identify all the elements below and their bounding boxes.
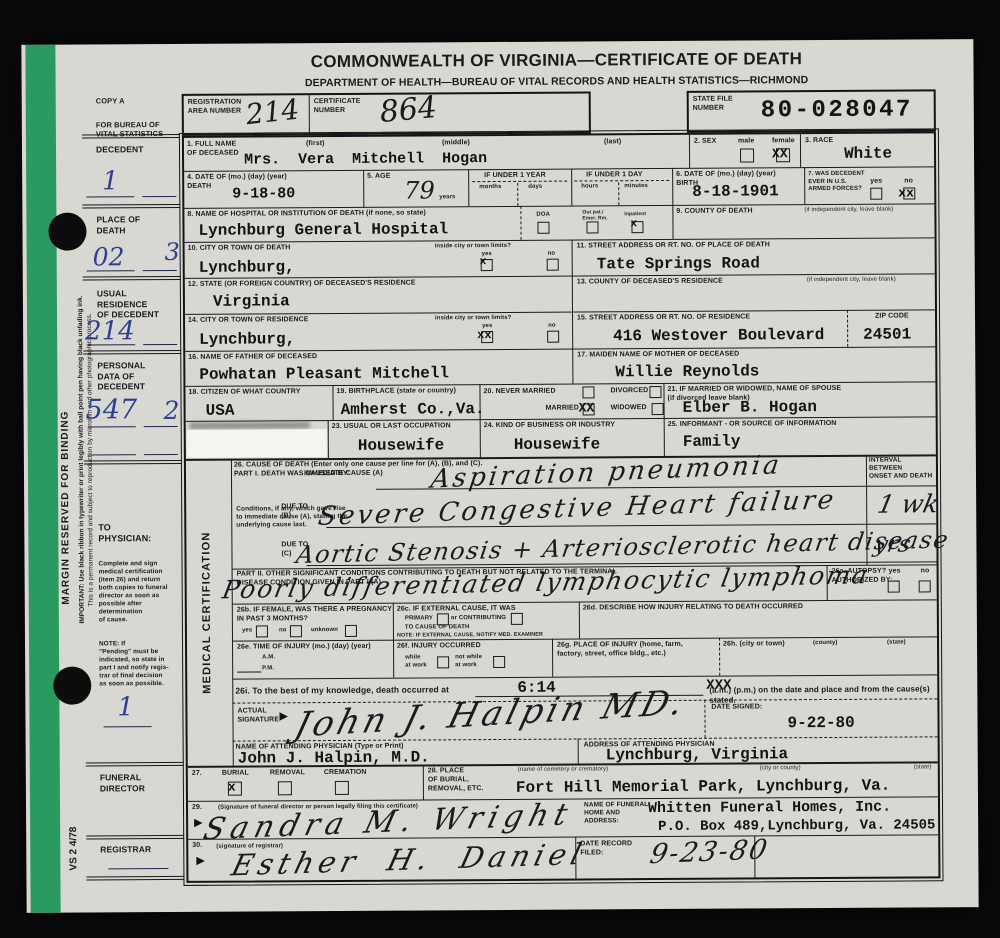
- line: [363, 170, 364, 207]
- field-13-hint: (if independent city, leave blank): [807, 277, 896, 285]
- field-30-label: 30.: [192, 842, 202, 851]
- married-mark: XX: [579, 400, 595, 415]
- county-label: (county): [813, 640, 838, 648]
- field-3-label: 3. RACE: [805, 137, 833, 146]
- field-1-middle: (middle): [442, 139, 470, 148]
- informant-value: Family: [683, 433, 741, 451]
- funeral-signature-arrow-icon: ▶: [194, 816, 203, 829]
- redaction-box: [187, 429, 327, 458]
- outpatient-checkbox: [586, 221, 598, 233]
- field-2-label: 2. SEX: [694, 138, 716, 147]
- interval-b-value: 1 wk: [875, 489, 941, 518]
- margin-personal-code1: 547: [85, 394, 137, 425]
- margin-rule: [86, 835, 184, 840]
- attending-physician-name: John J. Halpin, M.D.: [238, 748, 430, 767]
- field-26i-label: 26i. To the best of my knowledge, death …: [235, 684, 449, 696]
- funeral-home-address: P.O. Box 489,Lynchburg, Va. 24505: [658, 817, 935, 835]
- field-7-label: 7. WAS DECEDENT EVER IN U.S. ARMED FORCE…: [808, 171, 865, 194]
- margin-decedent-label: DECEDENT: [96, 144, 144, 155]
- certificate-number-label: CERTIFICATE NUMBER: [314, 98, 361, 116]
- field-26c-label: 26c. IF EXTERNAL CAUSE, IT WAS: [397, 605, 516, 614]
- line: [800, 134, 801, 167]
- actual-signature-label: ACTUAL SIGNATURE: [237, 707, 279, 725]
- date-of-birth: 8-18-1901: [692, 182, 779, 201]
- line: [231, 459, 234, 766]
- not-while-at-work-label: not while at work: [455, 654, 482, 669]
- residence-no-label: no: [548, 323, 556, 331]
- race-value: White: [844, 145, 892, 163]
- line: [578, 739, 579, 764]
- field-17-label: 17. MAIDEN NAME OF MOTHER OF DECEASED: [577, 351, 739, 361]
- contributing-label: or CONTRIBUTING: [451, 615, 506, 623]
- margin-place-code1: 02: [93, 242, 125, 271]
- line: [232, 674, 937, 679]
- line: [572, 312, 573, 349]
- code-line: [104, 726, 152, 727]
- field-25-label: 25. INFORMANT - OR SOURCE OF INFORMATION: [668, 420, 837, 430]
- field-14-label: 14. CITY OR TOWN OF RESIDENCE: [188, 316, 309, 325]
- field-26h-label: 26h. (city or town): [723, 640, 785, 649]
- line: [571, 169, 572, 206]
- margin-binding-text: MARGIN RESERVED FOR BINDING: [59, 340, 72, 675]
- under-1-day-minutes: minutes: [624, 183, 648, 191]
- autopsy-no-label: no: [921, 567, 930, 576]
- line: [332, 385, 333, 420]
- contributing-checkbox: [511, 613, 523, 625]
- city-death-no-checkbox: [547, 259, 559, 271]
- city-death-yes-mark: x: [480, 256, 487, 268]
- field-24-label: 24. KIND OF BUSINESS OR INDUSTRY: [484, 421, 615, 431]
- cemetery-sublabel: (name of cemetery or crematory): [518, 766, 609, 774]
- certificate-paper: MARGIN RESERVED FOR BINDING IMPORTANT: U…: [21, 39, 978, 913]
- spouse-name: Elber B. Hogan: [683, 398, 818, 417]
- age-value: 79: [404, 176, 435, 204]
- city-of-death: Lynchburg,: [199, 258, 295, 277]
- hospital-name: Lynchburg General Hospital: [198, 220, 448, 240]
- city-death-no-label: no: [548, 251, 556, 259]
- armed-forces-no-mark: xx: [898, 185, 914, 200]
- line: [579, 602, 580, 639]
- under-1-year-months: months: [479, 184, 501, 192]
- field-10-limits-label: inside city or town limits?: [435, 243, 511, 251]
- margin-rule: [82, 134, 180, 139]
- state-file-value: 80-028047: [761, 96, 913, 124]
- to-cause-label: TO CAUSE OF DEATH: [405, 624, 470, 632]
- line: [847, 310, 848, 347]
- funeral-home-label: NAME OF FUNERAL HOME AND ADDRESS:: [584, 801, 648, 826]
- field-29-label: 29.: [192, 804, 202, 813]
- removal-label: REMOVAL: [270, 769, 305, 778]
- field-1-label: 1. FULL NAME OF DECEASED: [187, 141, 239, 159]
- code-line: [144, 426, 178, 427]
- removal-checkbox: [278, 781, 292, 795]
- margin-place-code2: 3: [165, 238, 180, 266]
- residence-yes-mark: xx: [477, 328, 491, 342]
- inpatient-mark: x: [630, 218, 637, 230]
- field-23-label: 23. USUAL OR LAST OCCUPATION: [332, 422, 451, 431]
- margin-rule: [82, 204, 180, 209]
- cremation-label: CREMATION: [324, 769, 367, 778]
- decedent-name: Mrs. Vera Mitchell Hogan: [244, 150, 487, 168]
- line: [517, 183, 518, 206]
- autopsy-yes-label: yes: [889, 568, 901, 577]
- line: [672, 168, 673, 205]
- age-years-label: years: [439, 194, 455, 202]
- city-county-sublabel: (city or county): [760, 765, 801, 773]
- burial-mark: x: [228, 780, 236, 795]
- primary-label: PRIMARY: [405, 615, 433, 623]
- registrar-signature-arrow-icon: ▶: [196, 854, 205, 867]
- margin-physician-code: 1: [117, 692, 134, 722]
- pregnancy-unknown-label: unknown: [311, 627, 338, 635]
- state-label: (state): [887, 640, 906, 648]
- line: [689, 135, 690, 168]
- funeral-home-name: Whitten Funeral Homes, Inc.: [648, 799, 891, 817]
- field-28-label: 28. PLACE OF BURIAL, REMOVAL, ETC.: [428, 767, 484, 794]
- interval-label: INTERVAL BETWEEN ONSET AND DEATH: [869, 456, 936, 481]
- field-5-label: 5. AGE: [367, 173, 390, 182]
- state-sublabel: (state): [914, 764, 932, 772]
- divorced-label: DIVORCED: [610, 387, 648, 396]
- registration-area-label: REGISTRATION AREA NUMBER: [188, 99, 242, 117]
- line: [185, 309, 935, 315]
- line: [719, 638, 720, 676]
- residence-city: Lynchburg,: [199, 330, 295, 349]
- code-line: [143, 344, 177, 345]
- field-16-label: 16. NAME OF FATHER OF DECEASED: [188, 353, 317, 363]
- doa-label: DOA: [536, 212, 550, 220]
- field-1-first: (first): [306, 140, 325, 149]
- line: [704, 700, 705, 738]
- field-11-label: 11. STREET ADDRESS OR RT. NO. OF PLACE O…: [577, 241, 770, 251]
- place-of-burial-value: Fort Hill Memorial Park, Lynchburg, Va.: [516, 777, 891, 797]
- line: [393, 640, 394, 678]
- margin-rule: [86, 762, 184, 767]
- field-8-label: 8. NAME OF HOSPITAL OR INSTITUTION OF DE…: [187, 209, 426, 219]
- code-line: [144, 454, 178, 455]
- married-label: MARRIED: [546, 405, 579, 414]
- widowed-label: WIDOWED: [611, 404, 647, 413]
- sex-female-mark: XX: [772, 146, 788, 161]
- field-13-label: 13. COUNTY OF DECEASED'S RESIDENCE: [577, 278, 723, 288]
- field-1-last: (last): [604, 138, 621, 147]
- code-line: [143, 270, 177, 271]
- margin-rule: [83, 276, 181, 281]
- code-line: [88, 454, 136, 455]
- autopsy-yes-checkbox: [888, 581, 900, 593]
- certificate-form: MEDICAL CERTIFICATION 1. FULL NAME OF DE…: [182, 131, 941, 883]
- burial-label: BURIAL: [222, 770, 249, 779]
- code-line: [142, 196, 176, 197]
- under-1-day-hours: hours: [581, 183, 598, 191]
- margin-place-label: PLACE OF DEATH: [96, 214, 140, 236]
- margin-rule: [86, 876, 184, 881]
- occupation-value: Housewife: [358, 436, 445, 455]
- line: [572, 240, 573, 276]
- certificate-number-value: 864: [378, 90, 438, 130]
- date-signed-label: DATE SIGNED:: [711, 703, 762, 712]
- sex-male-label: male: [738, 137, 754, 146]
- margin-personal-label: PERSONAL DATA OF DECEDENT: [97, 360, 145, 392]
- line: [804, 167, 805, 204]
- line: [618, 182, 619, 205]
- line: [672, 205, 673, 239]
- date-of-death: 9-18-80: [232, 185, 295, 202]
- line: [572, 349, 573, 384]
- margin-personal-code2: 2: [164, 396, 180, 425]
- margin-funeral-label: FUNERAL DIRECTOR: [100, 772, 145, 794]
- code-line: [108, 868, 168, 869]
- field-14-limits-label: inside city or town limits?: [435, 315, 511, 323]
- line: [468, 169, 469, 206]
- redacted-label-smear: [190, 422, 310, 429]
- line: [472, 181, 567, 183]
- while-at-work-checkbox: [437, 656, 449, 668]
- registration-box: REGISTRATION AREA NUMBER 214 CERTIFICATE…: [182, 91, 591, 135]
- field-26b-label: 26b. IF FEMALE, WAS THERE A PREGNANCY IN…: [237, 606, 392, 624]
- under-1-year-days: days: [528, 184, 542, 192]
- field-27-label: 27.: [192, 770, 202, 779]
- am-strikeout-mark: XXX: [706, 678, 731, 694]
- line: [552, 639, 553, 677]
- interval-c-value: yrs: [872, 531, 913, 557]
- code-line: [86, 196, 134, 197]
- residence-no-checkbox: [547, 331, 559, 343]
- field-26a-label: 26a. AUTOPSY? AUTHORIZED BY:: [832, 568, 893, 586]
- field-9-label: 9. COUNTY OF DEATH: [676, 207, 752, 216]
- line: [237, 671, 261, 672]
- zip-code-value: 24501: [863, 325, 911, 343]
- field-26e-label: 26e. TIME OF INJURY (mo.) (day) (year): [237, 643, 371, 653]
- while-at-work-label: while at work: [405, 654, 427, 669]
- form-number: VS 2 4/78: [68, 815, 79, 883]
- residence-state: Virginia: [213, 292, 290, 310]
- date-signed-value: 9-22-80: [787, 714, 854, 732]
- field-20-never-label: 20. NEVER MARRIED: [483, 388, 555, 397]
- outpatient-label: Out pat./ Emer. Rm.: [582, 209, 607, 222]
- zip-code-label: ZIP CODE: [875, 313, 909, 322]
- never-married-checkbox: [582, 386, 594, 398]
- autopsy-no-checkbox: [919, 580, 931, 592]
- field-18-label: 18. CITIZEN OF WHAT COUNTRY: [188, 388, 300, 397]
- line: [309, 95, 310, 133]
- field-26d-label: 26d. DESCRIBE HOW INJURY RELATING TO DEA…: [583, 603, 803, 613]
- margin-residence-code: 214: [85, 316, 135, 346]
- margin-rule: [83, 350, 181, 355]
- field-12-label: 12. STATE (OR FOREIGN COUNTRY) OF DECEAS…: [188, 280, 416, 290]
- code-line: [88, 426, 136, 427]
- am-label: A.M.: [262, 654, 275, 662]
- place-of-death-street: Tate Springs Road: [597, 254, 760, 273]
- sex-male-checkbox: [740, 148, 754, 162]
- external-cause-note: NOTE: IF EXTERNAL CAUSE, NOTIFY MED. EXA…: [397, 632, 543, 640]
- margin-physician-note: Complete and sign medical certification …: [99, 560, 168, 624]
- line: [574, 180, 669, 182]
- state-file-box: STATE FILE NUMBER 80-028047: [687, 89, 936, 133]
- field-15-label: 15. STREET ADDRESS OR RT. NO. OF RESIDEN…: [577, 313, 750, 323]
- doa-checkbox: [537, 222, 549, 234]
- medical-certification-strip: MEDICAL CERTIFICATION: [200, 468, 214, 758]
- inpatient-label: Inpatient: [624, 211, 646, 217]
- state-file-label: STATE FILE NUMBER: [693, 96, 733, 114]
- mother-name: Willie Reynolds: [615, 362, 759, 381]
- pregnancy-no-checkbox: [290, 625, 302, 637]
- under-1-day-label: IF UNDER 1 DAY: [586, 171, 642, 180]
- date-record-filed-label: DATE RECORD FILED:: [580, 840, 632, 858]
- registration-area-value: 214: [244, 93, 301, 132]
- conditions-note: Conditions, if any, which gave rise to i…: [236, 505, 347, 530]
- birthplace-value: Amherst Co.,Va.: [341, 400, 485, 419]
- divorced-checkbox: [649, 386, 661, 398]
- field-9-hint: (if independent city, leave blank): [804, 207, 893, 215]
- not-while-at-work-checkbox: [493, 656, 505, 668]
- pm-label: P.M.: [262, 665, 274, 673]
- certificate-title: COMMONWEALTH OF VIRGINIA—CERTIFICATE OF …: [181, 47, 931, 73]
- line: [480, 419, 481, 457]
- margin-registrar-label: REGISTRAR: [100, 844, 151, 855]
- physician-address-value: Lynchburg, Virginia: [606, 745, 789, 764]
- field-19-label: 19. BIRTHPLACE (state or country): [336, 387, 456, 396]
- line: [664, 418, 665, 456]
- margin-physician-note2: NOTE: If "Pending" must be indicated, so…: [99, 640, 169, 688]
- armed-forces-yes-label: yes: [870, 178, 882, 187]
- signature-arrow-icon: ▶: [279, 709, 288, 722]
- field-26g-label: 26g. PLACE OF INJURY (home, farm, factor…: [557, 641, 683, 659]
- cremation-checkbox: [335, 781, 349, 795]
- residence-street: 416 Westover Boulevard: [613, 326, 824, 345]
- pregnancy-yes-label: yes: [242, 628, 252, 636]
- pregnancy-yes-checkbox: [256, 625, 268, 637]
- sex-female-label: female: [772, 137, 795, 146]
- citizen-country: USA: [206, 402, 235, 420]
- armed-forces-yes-checkbox: [870, 188, 882, 200]
- father-name: Powhatan Pleasant Mitchell: [199, 364, 449, 384]
- line: [423, 764, 424, 799]
- field-26f-label: 26f. INJURY OCCURRED: [397, 642, 481, 651]
- field-10-label: 10. CITY OR TOWN OF DEATH: [188, 244, 291, 253]
- pregnancy-no-label: no: [279, 627, 287, 635]
- widowed-checkbox: [652, 403, 664, 415]
- immediate-cause-label: IMMEDIATE CAUSE (A): [304, 470, 383, 479]
- binding-green-stripe: [25, 45, 60, 913]
- line: [328, 420, 329, 458]
- line: [393, 603, 394, 640]
- line: [572, 276, 573, 312]
- line: [185, 346, 935, 352]
- line: [520, 206, 521, 240]
- pregnancy-unknown-checkbox: [345, 625, 357, 637]
- margin-rule: [84, 460, 182, 465]
- margin-physician-label: TO PHYSICIAN:: [98, 522, 151, 545]
- certificate-subtitle: DEPARTMENT OF HEALTH—BUREAU OF VITAL REC…: [182, 73, 932, 91]
- under-1-year-label: IF UNDER 1 YEAR: [484, 172, 546, 181]
- copy-label: COPY A: [96, 96, 125, 106]
- margin-decedent-code: 1: [102, 166, 119, 196]
- code-line: [87, 270, 135, 271]
- date-record-filed-value: 9-23-80: [647, 834, 771, 870]
- business-value: Housewife: [514, 435, 601, 454]
